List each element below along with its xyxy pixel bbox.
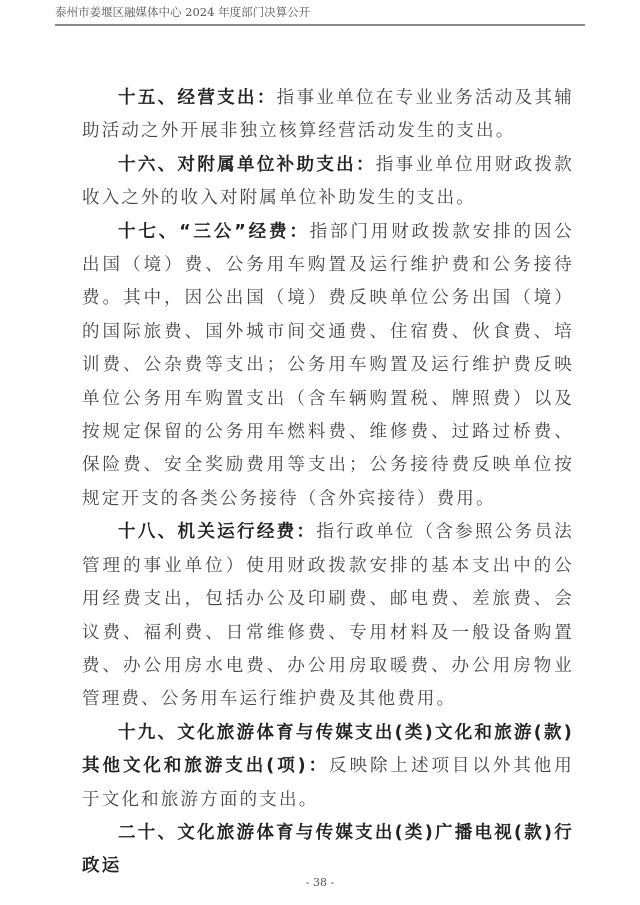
term-label: 二十、文化旅游体育与传媒支出(类)广播电视(款)行政运 [82,823,574,876]
definition-paragraph-18: 十八、机关运行经费：指行政单位（含参照公务员法管理的事业单位）使用财政拨款安排的… [82,516,574,716]
definition-paragraph-16: 十六、对附属单位补助支出：指事业单位用财政拨款收入之外的收入对附属单位补助发生的… [82,149,574,216]
definition-paragraph-19: 十九、文化旅游体育与传媒支出(类)文化和旅游(款)其他文化和旅游支出(项)：反映… [82,717,574,817]
term-definition: 指部门用财政拨款安排的因公出国（境）费、公务用车购置及运行维护费和公务接待费。其… [82,222,574,509]
term-label: 十八、机关运行经费： [118,522,316,542]
term-label: 十五、经营支出： [118,88,277,108]
term-label: 十七、“三公”经费： [118,222,310,242]
page-number: - 38 - [0,876,640,889]
term-definition: 指行政单位（含参照公务员法管理的事业单位）使用财政拨款安排的基本支出中的公用经费… [82,522,574,709]
page-header: 泰州市姜堰区融媒体中心 2024 年度部门决算公开 [55,4,585,26]
term-label: 十六、对附属单位补助支出： [118,155,376,175]
definition-paragraph-15: 十五、经营支出：指事业单位在专业业务活动及其辅助活动之外开展非独立核算经营活动发… [82,82,574,149]
document-body: 十五、经营支出：指事业单位在专业业务活动及其辅助活动之外开展非独立核算经营活动发… [82,82,574,884]
document-title: 泰州市姜堰区融媒体中心 2024 年度部门决算公开 [55,4,585,20]
definition-paragraph-20: 二十、文化旅游体育与传媒支出(类)广播电视(款)行政运 [82,817,574,884]
definition-paragraph-17: 十七、“三公”经费：指部门用财政拨款安排的因公出国（境）费、公务用车购置及运行维… [82,216,574,517]
